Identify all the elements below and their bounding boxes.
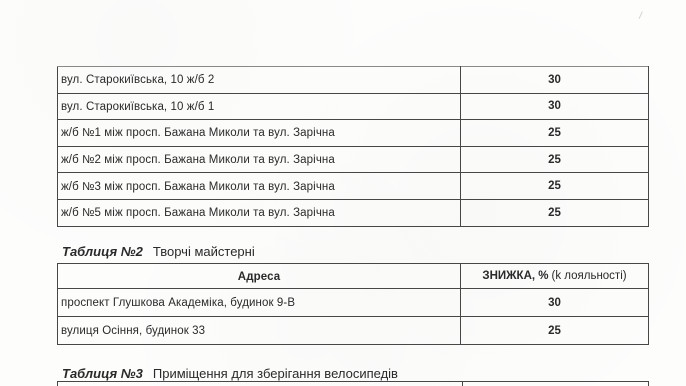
table2-caption-title: Творчі майстерні [153, 244, 255, 259]
scan-artifact [639, 11, 647, 20]
creative-workshops-table: Адреса ЗНИЖКА, %(k лояльності) проспект … [57, 263, 649, 345]
address-cell: вул. Старокиївська, 10 ж/б 2 [58, 67, 461, 94]
discount-cell: 25 [461, 317, 649, 345]
discount-cell: 25 [461, 173, 649, 200]
table3-caption-title: Приміщення для зберігання велосипедів [153, 366, 398, 381]
table-row: вул. Старокиївська, 10 ж/б 1 30 [58, 93, 649, 120]
table-row: ж/б №5 між просп. Бажана Миколи та вул. … [58, 199, 649, 226]
address-cell: ж/б №1 між просп. Бажана Миколи та вул. … [58, 120, 461, 147]
address-cell: вулиця Осіння, будинок 33 [58, 317, 461, 345]
scanned-document-page: вул. Старокиївська, 10 ж/б 2 30 вул. Ста… [0, 0, 686, 386]
address-header-cell: Адреса [58, 264, 461, 289]
discount-cell: 25 [461, 120, 649, 147]
table3-caption: Таблиця №3Приміщення для зберігання вело… [62, 366, 398, 381]
discount-header-rest: (k лояльності) [552, 270, 627, 282]
discount-header-bold: ЗНИЖКА, % [482, 270, 548, 282]
discount-cell: 30 [461, 289, 649, 317]
table-row: вулиця Осіння, будинок 33 25 [58, 317, 649, 345]
table-row: ж/б №1 між просп. Бажана Миколи та вул. … [58, 120, 649, 147]
table3-column-divider [462, 382, 463, 386]
table-row: вул. Старокиївська, 10 ж/б 2 30 [58, 67, 649, 94]
discounts-table-continued: вул. Старокиївська, 10 ж/б 2 30 вул. Ста… [57, 66, 649, 227]
address-cell: вул. Старокиївська, 10 ж/б 1 [58, 93, 461, 120]
address-cell: проспект Глушкова Академіка, будинок 9-В [58, 289, 461, 317]
address-cell: ж/б №3 між просп. Бажана Миколи та вул. … [58, 173, 461, 200]
bike-storage-table-cutoff [57, 381, 649, 386]
discount-header-cell: ЗНИЖКА, %(k лояльності) [461, 264, 649, 289]
address-cell: ж/б №5 між просп. Бажана Миколи та вул. … [58, 199, 461, 226]
discount-cell: 25 [461, 199, 649, 226]
table2-caption: Таблиця №2Творчі майстерні [62, 244, 255, 259]
table3-caption-label: Таблиця №3 [62, 366, 143, 381]
table2-caption-label: Таблиця №2 [62, 244, 143, 259]
address-cell: ж/б №2 між просп. Бажана Миколи та вул. … [58, 146, 461, 173]
table-row: проспект Глушкова Академіка, будинок 9-В… [58, 289, 649, 317]
discount-cell: 30 [461, 67, 649, 94]
table-header-row: Адреса ЗНИЖКА, %(k лояльності) [58, 264, 649, 289]
discount-cell: 30 [461, 93, 649, 120]
discount-cell: 25 [461, 146, 649, 173]
table-row: ж/б №2 між просп. Бажана Миколи та вул. … [58, 146, 649, 173]
table-row: ж/б №3 між просп. Бажана Миколи та вул. … [58, 173, 649, 200]
